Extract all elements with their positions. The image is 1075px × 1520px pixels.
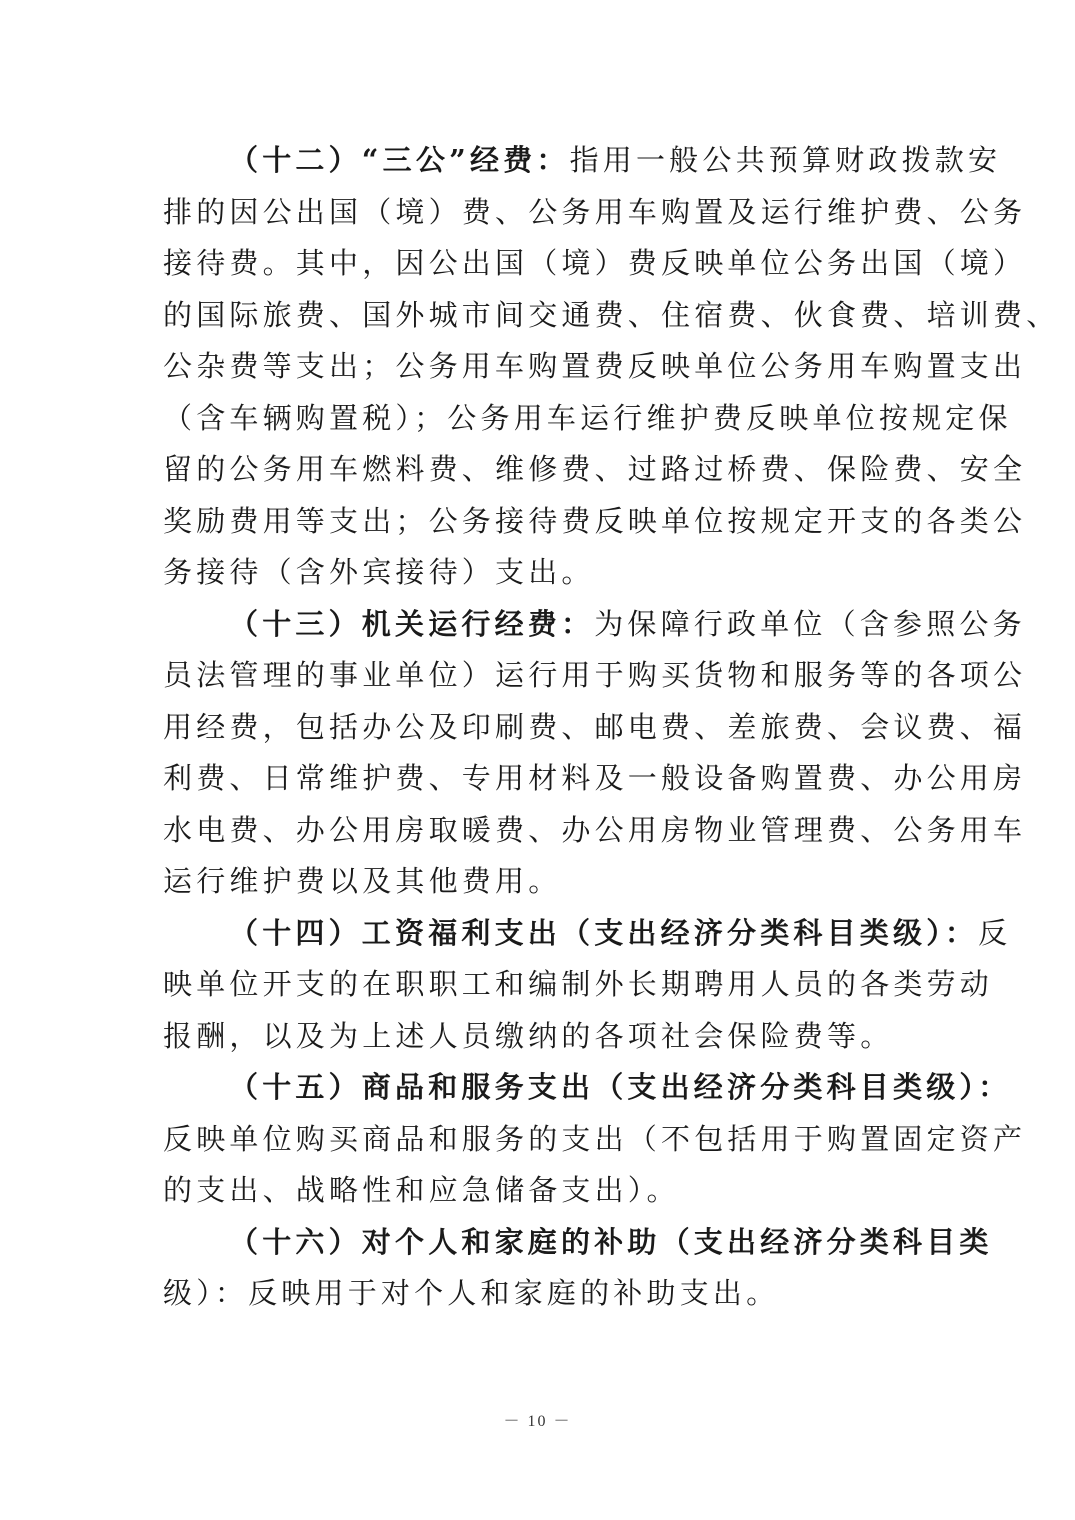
paragraph-text: 水电费、办公用房取暖费、办公用房物业管理费、公务用车: [163, 805, 915, 857]
paragraph-heading: （十二）“三公”经费：: [229, 143, 570, 177]
paragraph-text: 员法管理的事业单位）运行用于购买货物和服务等的各项公: [163, 650, 915, 702]
paragraph-text: 留的公务用车燃料费、维修费、过路过桥费、保险费、安全: [163, 444, 915, 496]
paragraph-heading: （十三）机关运行经费：: [229, 607, 594, 641]
paragraph-text: 务接待（含外宾接待）支出。: [163, 547, 915, 599]
paragraph-heading: （十六）对个人和家庭的补助（支出经济分类科目类: [229, 1225, 993, 1259]
paragraph-text: 为保障行政单位（含参照公务: [594, 607, 1026, 641]
paragraph-heading: （十五）商品和服务支出（支出经济分类科目类级）：: [229, 1070, 1011, 1104]
paragraph-text: 的国际旅费、国外城市间交通费、住宿费、伙食费、培训费、: [163, 290, 915, 342]
paragraph-text: 用经费，包括办公及印刷费、邮电费、差旅费、会议费、福: [163, 702, 915, 754]
paragraph-household-subsidies: （十六）对个人和家庭的补助（支出经济分类科目类 级）：反映用于对个人和家庭的补助…: [163, 1217, 915, 1320]
paragraph-text: 映单位开支的在职职工和编制外长期聘用人员的各类劳动: [163, 959, 915, 1011]
paragraph-wages-welfare: （十四）工资福利支出（支出经济分类科目类级）：反 映单位开支的在职职工和编制外长…: [163, 908, 915, 1063]
paragraph-heading: （十四）工资福利支出（支出经济分类科目类级）：: [229, 916, 978, 950]
paragraph-san-gong-expenses: （十二）“三公”经费：指用一般公共预算财政拨款安 排的因公出国（境）费、公务用车…: [163, 135, 915, 599]
paragraph-text: 报酬，以及为上述人员缴纳的各项社会保险费等。: [163, 1011, 915, 1063]
page-number: － 10 －: [0, 1408, 1075, 1431]
paragraph-text: 接待费。其中，因公出国（境）费反映单位公务出国（境）: [163, 238, 915, 290]
paragraph-agency-operating-expenses: （十三）机关运行经费：为保障行政单位（含参照公务 员法管理的事业单位）运行用于购…: [163, 599, 915, 908]
paragraph-text: 利费、日常维护费、专用材料及一般设备购置费、办公用房: [163, 753, 915, 805]
paragraph-text: 指用一般公共预算财政拨款安: [570, 143, 1002, 177]
paragraph-text: 级）：反映用于对个人和家庭的补助支出。: [163, 1268, 915, 1320]
paragraph-text: 运行维护费以及其他费用。: [163, 856, 915, 908]
paragraph-goods-services: （十五）商品和服务支出（支出经济分类科目类级）： 反映单位购买商品和服务的支出（…: [163, 1062, 915, 1217]
paragraph-text: 公杂费等支出；公务用车购置费反映单位公务用车购置支出: [163, 341, 915, 393]
document-page: （十二）“三公”经费：指用一般公共预算财政拨款安 排的因公出国（境）费、公务用车…: [163, 135, 915, 1320]
paragraph-text: 排的因公出国（境）费、公务用车购置及运行维护费、公务: [163, 187, 915, 239]
paragraph-text: 奖励费用等支出；公务接待费反映单位按规定开支的各类公: [163, 496, 915, 548]
paragraph-text: 反映单位购买商品和服务的支出（不包括用于购置固定资产: [163, 1114, 915, 1166]
paragraph-text: 反: [978, 916, 1011, 950]
paragraph-text: 的支出、战略性和应急储备支出）。: [163, 1165, 915, 1217]
paragraph-text: （含车辆购置税）；公务用车运行维护费反映单位按规定保: [163, 393, 915, 445]
